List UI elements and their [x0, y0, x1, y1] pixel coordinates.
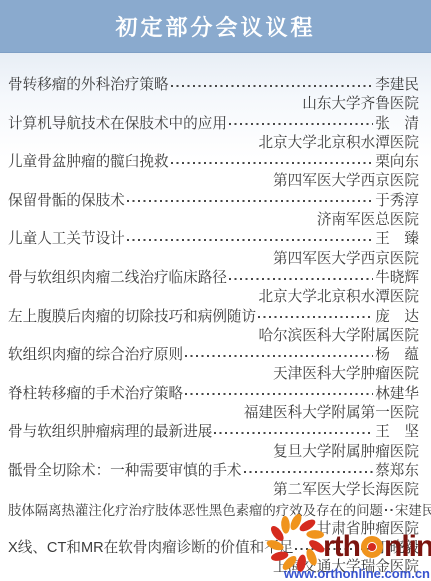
- agenda-item: 骨转移瘤的外科治疗策略 李建民 山东大学齐鲁医院: [8, 76, 419, 115]
- agenda-topic: 左上腹膜后肉瘤的切除技巧和病例随访: [8, 308, 256, 327]
- agenda-institution: 济南军医总医院: [8, 211, 419, 230]
- dot-leader: [185, 355, 373, 357]
- watermark-brand-text: rth nline: [323, 530, 431, 564]
- agenda-item: 儿童人工关节设计 王 臻 第四军医大学西京医院: [8, 230, 419, 269]
- watermark-url: www.orthonline.com.cn: [284, 566, 430, 581]
- agenda-item: 儿童骨盆肿瘤的髋臼挽救 栗向东 第四军医大学西京医院: [8, 153, 419, 192]
- agenda-speaker: 栗向东: [375, 153, 419, 172]
- agenda-item: 左上腹膜后肉瘤的切除技巧和病例随访 庞 达 哈尔滨医科大学附属医院: [8, 308, 419, 347]
- agenda-topic: 软组织肉瘤的综合治疗原则: [8, 346, 183, 365]
- title-banner: 初定部分会议议程: [0, 0, 431, 53]
- orthonline-swirl-logo-icon: [265, 512, 327, 574]
- dot-leader: [127, 200, 373, 202]
- agenda-institution: 第四军医大学西京医院: [8, 250, 419, 269]
- agenda-speaker: 王 坚: [375, 423, 419, 442]
- agenda-topic: 脊柱转移瘤的手术治疗策略: [8, 385, 183, 404]
- agenda-speaker: 王 臻: [375, 230, 419, 249]
- agenda-item: 脊柱转移瘤的手术治疗策略 林建华 福建医科大学附属第一医院: [8, 385, 419, 424]
- agenda-speaker: 张 清: [375, 115, 419, 134]
- agenda-topic: 骶骨全切除术：一种需要审慎的手术: [8, 462, 242, 481]
- page-title: 初定部分会议议程: [115, 11, 315, 42]
- dot-leader: [229, 123, 373, 125]
- agenda-institution: 天津医科大学肿瘤医院: [8, 365, 419, 384]
- brand-right: nline: [384, 530, 431, 564]
- agenda-topic: 儿童骨盆肿瘤的髋臼挽救: [8, 153, 169, 172]
- agenda-institution: 第二军医大学长海医院: [8, 481, 419, 500]
- agenda-speaker: 于秀淳: [375, 192, 419, 211]
- agenda-item: 保留骨骺的保肢术 于秀淳 济南军医总医院: [8, 192, 419, 231]
- agenda-list: 骨转移瘤的外科治疗策略 李建民 山东大学齐鲁医院 计算机导航技术在保肢术中的应用…: [0, 53, 431, 581]
- watermark: rth nline www.orthonline.com.cn: [265, 511, 431, 581]
- agenda-topic: 骨转移瘤的外科治疗策略: [8, 76, 169, 95]
- agenda-institution: 北京大学北京积水潭医院: [8, 134, 419, 153]
- agenda-institution: 第四军医大学西京医院: [8, 172, 419, 191]
- agenda-institution: 哈尔滨医科大学附属医院: [8, 327, 419, 346]
- dot-leader: [171, 85, 374, 87]
- agenda-speaker: 林建华: [375, 385, 419, 404]
- dot-leader: [214, 432, 373, 434]
- agenda-speaker: 牛晓辉: [375, 269, 419, 288]
- dot-leader: [185, 393, 373, 395]
- agenda-institution: 北京大学北京积水潭医院: [8, 288, 419, 307]
- agenda-topic: 骨与软组织肉瘤二线治疗临床路径: [8, 269, 227, 288]
- agenda-item: 计算机导航技术在保肢术中的应用 张 清 北京大学北京积水潭医院: [8, 115, 419, 154]
- agenda-item: 骨与软组织肉瘤二线治疗临床路径 牛晓辉 北京大学北京积水潭医院: [8, 269, 419, 308]
- dot-leader: [127, 239, 373, 241]
- agenda-topic: 儿童人工关节设计: [8, 230, 125, 249]
- agenda-speaker: 蔡郑东: [375, 462, 419, 481]
- agenda-item: 骨与软组织肿瘤病理的最新进展 王 坚 复旦大学附属肿瘤医院: [8, 423, 419, 462]
- agenda-topic: 计算机导航技术在保肢术中的应用: [8, 115, 227, 134]
- agenda-page: 初定部分会议议程 骨转移瘤的外科治疗策略 李建民 山东大学齐鲁医院 计算机导航技…: [0, 0, 431, 581]
- agenda-item: 软组织肉瘤的综合治疗原则 杨 蕴 天津医科大学肿瘤医院: [8, 346, 419, 385]
- dot-leader: [258, 316, 373, 318]
- brand-left: rth: [323, 530, 360, 564]
- agenda-speaker: 庞 达: [375, 308, 419, 327]
- agenda-topic: 保留骨骺的保肢术: [8, 192, 125, 211]
- agenda-item: 骶骨全切除术：一种需要审慎的手术 蔡郑东 第二军医大学长海医院: [8, 462, 419, 501]
- agenda-institution: 福建医科大学附属第一医院: [8, 404, 419, 423]
- ring-dot-o-icon: [361, 536, 383, 558]
- agenda-topic: 骨与软组织肿瘤病理的最新进展: [8, 423, 212, 442]
- agenda-topic: X线、CT和MR在软骨肉瘤诊断的价值和不足: [8, 539, 293, 558]
- agenda-institution: 复旦大学附属肿瘤医院: [8, 443, 419, 462]
- dot-leader: [229, 278, 373, 280]
- dot-leader: [244, 471, 374, 473]
- agenda-speaker: 李建民: [375, 76, 419, 95]
- agenda-institution: 山东大学齐鲁医院: [8, 95, 419, 114]
- agenda-speaker: 杨 蕴: [375, 346, 419, 365]
- dot-leader: [171, 162, 374, 164]
